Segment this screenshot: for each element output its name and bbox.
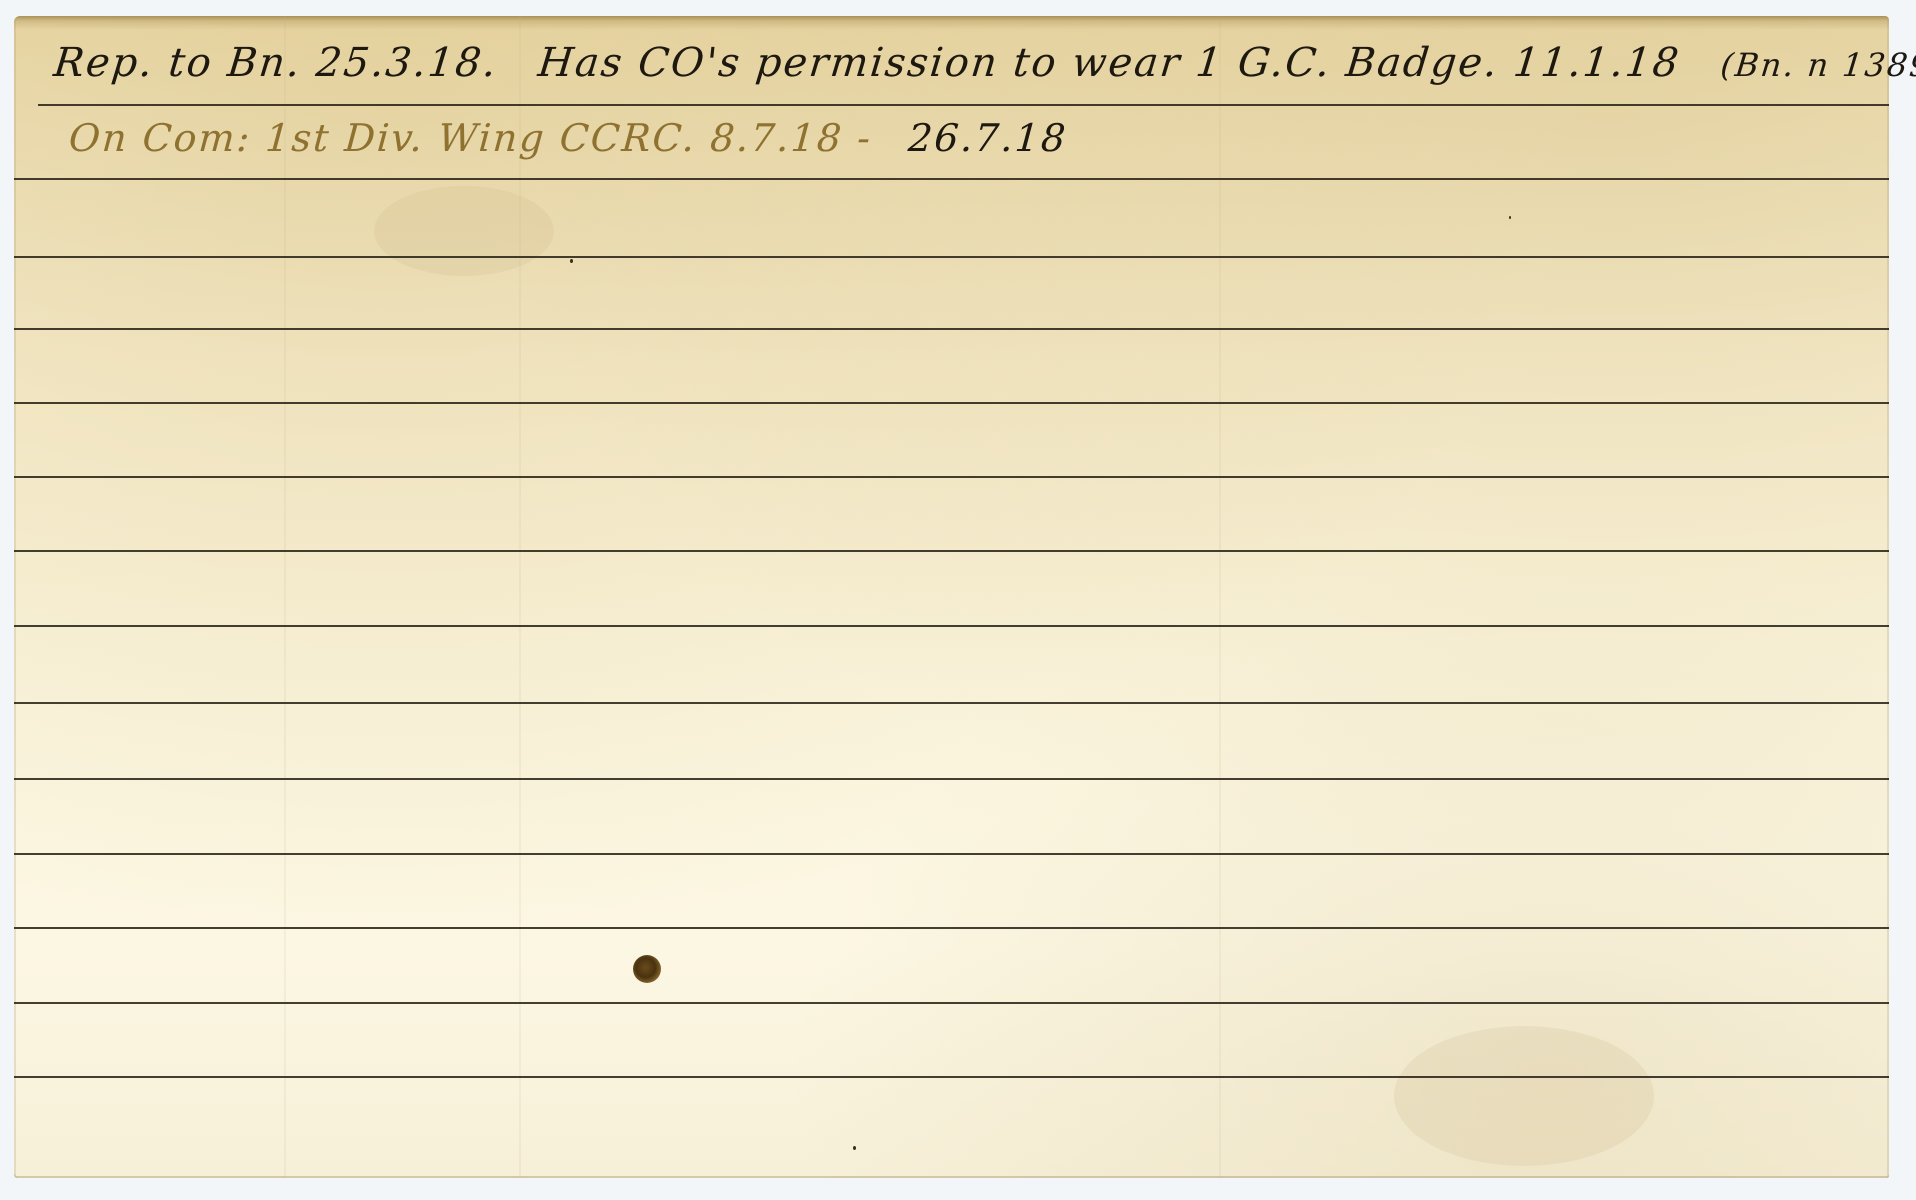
entry-end-date: 26.7.18 xyxy=(907,116,1069,160)
ruled-line xyxy=(14,1076,1889,1078)
entry-rep-to-bn: Rep. to Bn. 25.3.18. xyxy=(52,40,501,86)
ruled-line xyxy=(14,853,1889,855)
staple-hole xyxy=(633,955,661,983)
ruled-line xyxy=(38,104,1889,106)
ink-speck xyxy=(853,1146,856,1150)
ruled-line xyxy=(14,178,1889,180)
paper-stain xyxy=(1394,1026,1654,1166)
handwritten-entry-line-2: On Com: 1st Div. Wing CCRC. 8.7.18 - 26.… xyxy=(67,116,1090,160)
ruled-line xyxy=(14,402,1889,404)
ruled-line xyxy=(14,778,1889,780)
record-card: Rep. to Bn. 25.3.18. Has CO's permission… xyxy=(14,16,1889,1178)
ruled-line xyxy=(14,927,1889,929)
ink-speck xyxy=(1509,216,1511,219)
ruled-line xyxy=(14,256,1889,258)
entry-reference: (Bn. n 1389/27.6.18) xyxy=(1719,46,1916,84)
ruled-line xyxy=(14,328,1889,330)
ruled-line xyxy=(14,702,1889,704)
entry-gc-badge-permission: Has CO's permission to wear 1 G.C. Badge… xyxy=(536,40,1683,86)
ruled-line xyxy=(14,550,1889,552)
entry-on-command: On Com: 1st Div. Wing CCRC. 8.7.18 - xyxy=(67,116,873,160)
paper-stain xyxy=(374,186,554,276)
ink-speck xyxy=(570,259,573,263)
ruled-line xyxy=(14,1002,1889,1004)
ruled-line xyxy=(14,476,1889,478)
handwritten-entry-line-1: Rep. to Bn. 25.3.18. Has CO's permission… xyxy=(52,40,1916,86)
ruled-line xyxy=(14,625,1889,627)
